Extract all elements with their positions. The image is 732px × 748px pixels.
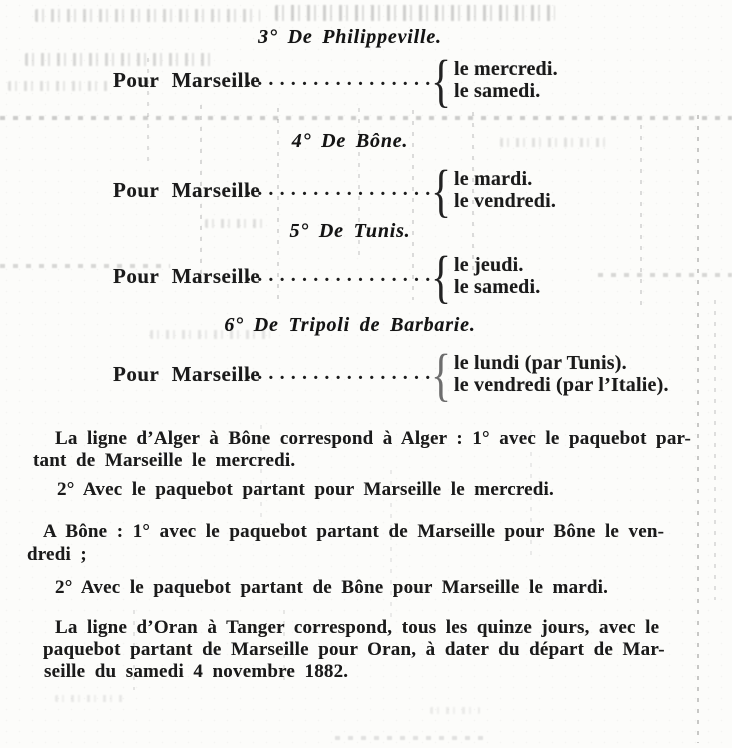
entry-label: Pour Marseille [113,178,260,203]
scan-noise-band [0,116,732,120]
entry-label: Pour Marseille [113,362,260,387]
paragraph-line: A Bône : 1° avec le paquebot partant de … [43,521,664,543]
left-brace: { [431,50,451,112]
dot-leader: .................. [246,362,430,385]
section-heading-tripoli: 6° De Tripoli de Barbarie. [0,314,700,337]
left-brace: { [431,246,451,308]
day-list: le mercredi. le samedi. [454,58,558,102]
scan-noise-text [8,81,108,91]
paragraph-line: seille du samedi 4 novembre 1882. [44,661,348,683]
schedule-entry-tripoli: Pour Marseille .................. { le l… [113,352,713,402]
left-brace: { [431,344,451,406]
day-line: le jeudi. [454,254,540,276]
day-line: le vendredi. [454,190,556,212]
entry-label: Pour Marseille [113,264,260,289]
schedule-entry-bone: Pour Marseille .................. { le m… [113,168,713,218]
entry-label: Pour Marseille [113,68,260,93]
dot-leader: .................. [246,264,430,287]
scan-noise-band [335,736,485,740]
day-line: le samedi. [454,80,558,102]
scan-noise-text [430,707,480,714]
section-heading-bone: 4° De Bône. [0,130,700,153]
left-brace: { [431,160,451,222]
schedule-entry-tunis: Pour Marseille .................. { le j… [113,254,713,304]
section-heading-philippeville: 3° De Philippeville. [0,26,700,49]
scan-noise-text [275,5,555,21]
dot-leader: .................. [246,68,430,91]
day-line: le mardi. [454,168,556,190]
day-line: le lundi (par Tunis). [454,352,669,374]
paragraph-line: La ligne d’Oran à Tanger correspond, tou… [55,617,659,639]
paragraph-line: paquebot partant de Marseille pour Oran,… [43,639,665,661]
paragraph-line: 2° Avec le paquebot partant pour Marseil… [57,479,554,501]
day-list: le lundi (par Tunis). le vendredi (par l… [454,352,669,396]
paragraph-line: La ligne d’Alger à Bône correspond à Alg… [55,428,691,450]
section-heading-tunis: 5° De Tunis. [0,220,700,243]
day-line: le mercredi. [454,58,558,80]
scan-noise-line [714,300,716,600]
scan-noise-text [55,695,125,702]
paragraph-line: dredi ; [27,544,87,566]
scanned-document-page: 3° De Philippeville. Pour Marseille ....… [0,0,732,748]
day-line: le samedi. [454,276,540,298]
scan-noise-text [35,9,260,22]
day-list: le mardi. le vendredi. [454,168,556,212]
paragraph-line: tant de Marseille le mercredi. [33,450,295,472]
schedule-entry-philippeville: Pour Marseille .................. { le m… [113,58,713,108]
dot-leader: .................. [246,178,430,201]
day-list: le jeudi. le samedi. [454,254,540,298]
paragraph-line: 2° Avec le paquebot partant de Bône pour… [55,577,608,599]
day-line: le vendredi (par l’Italie). [454,374,669,396]
